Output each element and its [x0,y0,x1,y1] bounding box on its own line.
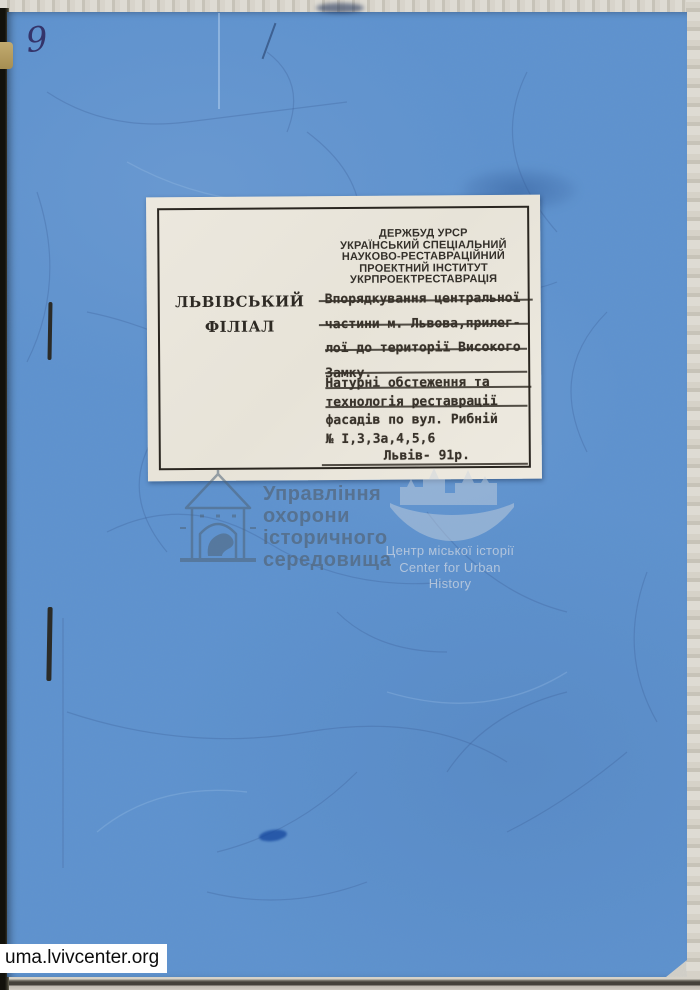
urban-history-watermark: Центр міської історії Center for Urban H… [378,543,522,593]
site-watermark: uma.lvivcenter.org [0,944,167,973]
branch-name-line2: ФІЛІАЛ [160,317,320,336]
typed-subtitle: Натурні обстеження та технологія реставр… [325,374,498,449]
crease-line-left [62,618,64,868]
typed-title-line: частини м. Львова,прилег- [325,311,521,337]
urban-history-line: Центр міської історії [378,543,522,560]
label-footer-place-year: Львів- 91р. [326,448,528,464]
urban-history-skyline-icon [386,465,518,541]
archival-label: ЛЬВІВСЬКИЙ ФІЛІАЛ ДЕРЖБУД УРСР УКРАЇНСЬК… [146,195,542,482]
typed-title: Впорядкування центральної частини м. Льв… [325,287,521,386]
tape-remnant [0,42,13,69]
heritage-tower-icon [178,470,258,564]
heritage-office-line: середовища [263,549,391,571]
heritage-office-line: історичного [263,527,391,549]
scanned-folder-cover: 9 ЛЬВІВСЬКИЙ ФІЛІАЛ ДЕРЖБУД УРСР УКРАЇНС… [0,0,700,990]
typed-subtitle-line: № І,3,3а,4,5,6 [326,429,498,449]
urban-history-line: Center for Urban History [378,560,522,593]
typed-title-line: лої до території Високого [325,336,521,362]
paper-edges-bottom [0,976,700,990]
heritage-office-line: Управління [263,483,391,505]
typed-title-line: Впорядкування центральної [325,287,521,313]
typed-subtitle-line: фасадів по вул. Рибній [326,411,498,431]
letterhead-line: УКРПРОЕКТРЕСТАВРАЦІЯ [319,274,529,287]
typed-subtitle-line: технологія реставрації [325,392,497,412]
heritage-office-watermark: Управління охорони історичного середовищ… [263,483,391,571]
top-edge-smudge [316,3,364,13]
branch-name-line1: ЛЬВІВСЬКИЙ [160,292,320,311]
crease-line-top [218,13,220,109]
typed-subtitle-line: Натурні обстеження та [325,374,497,394]
handwritten-page-number: 9 [24,19,50,61]
heritage-office-line: охорони [263,505,391,527]
institute-letterhead: ДЕРЖБУД УРСР УКРАЇНСЬКИЙ СПЕЦІАЛЬНИЙ НАУ… [318,228,528,287]
paper-edges-right [686,0,700,990]
